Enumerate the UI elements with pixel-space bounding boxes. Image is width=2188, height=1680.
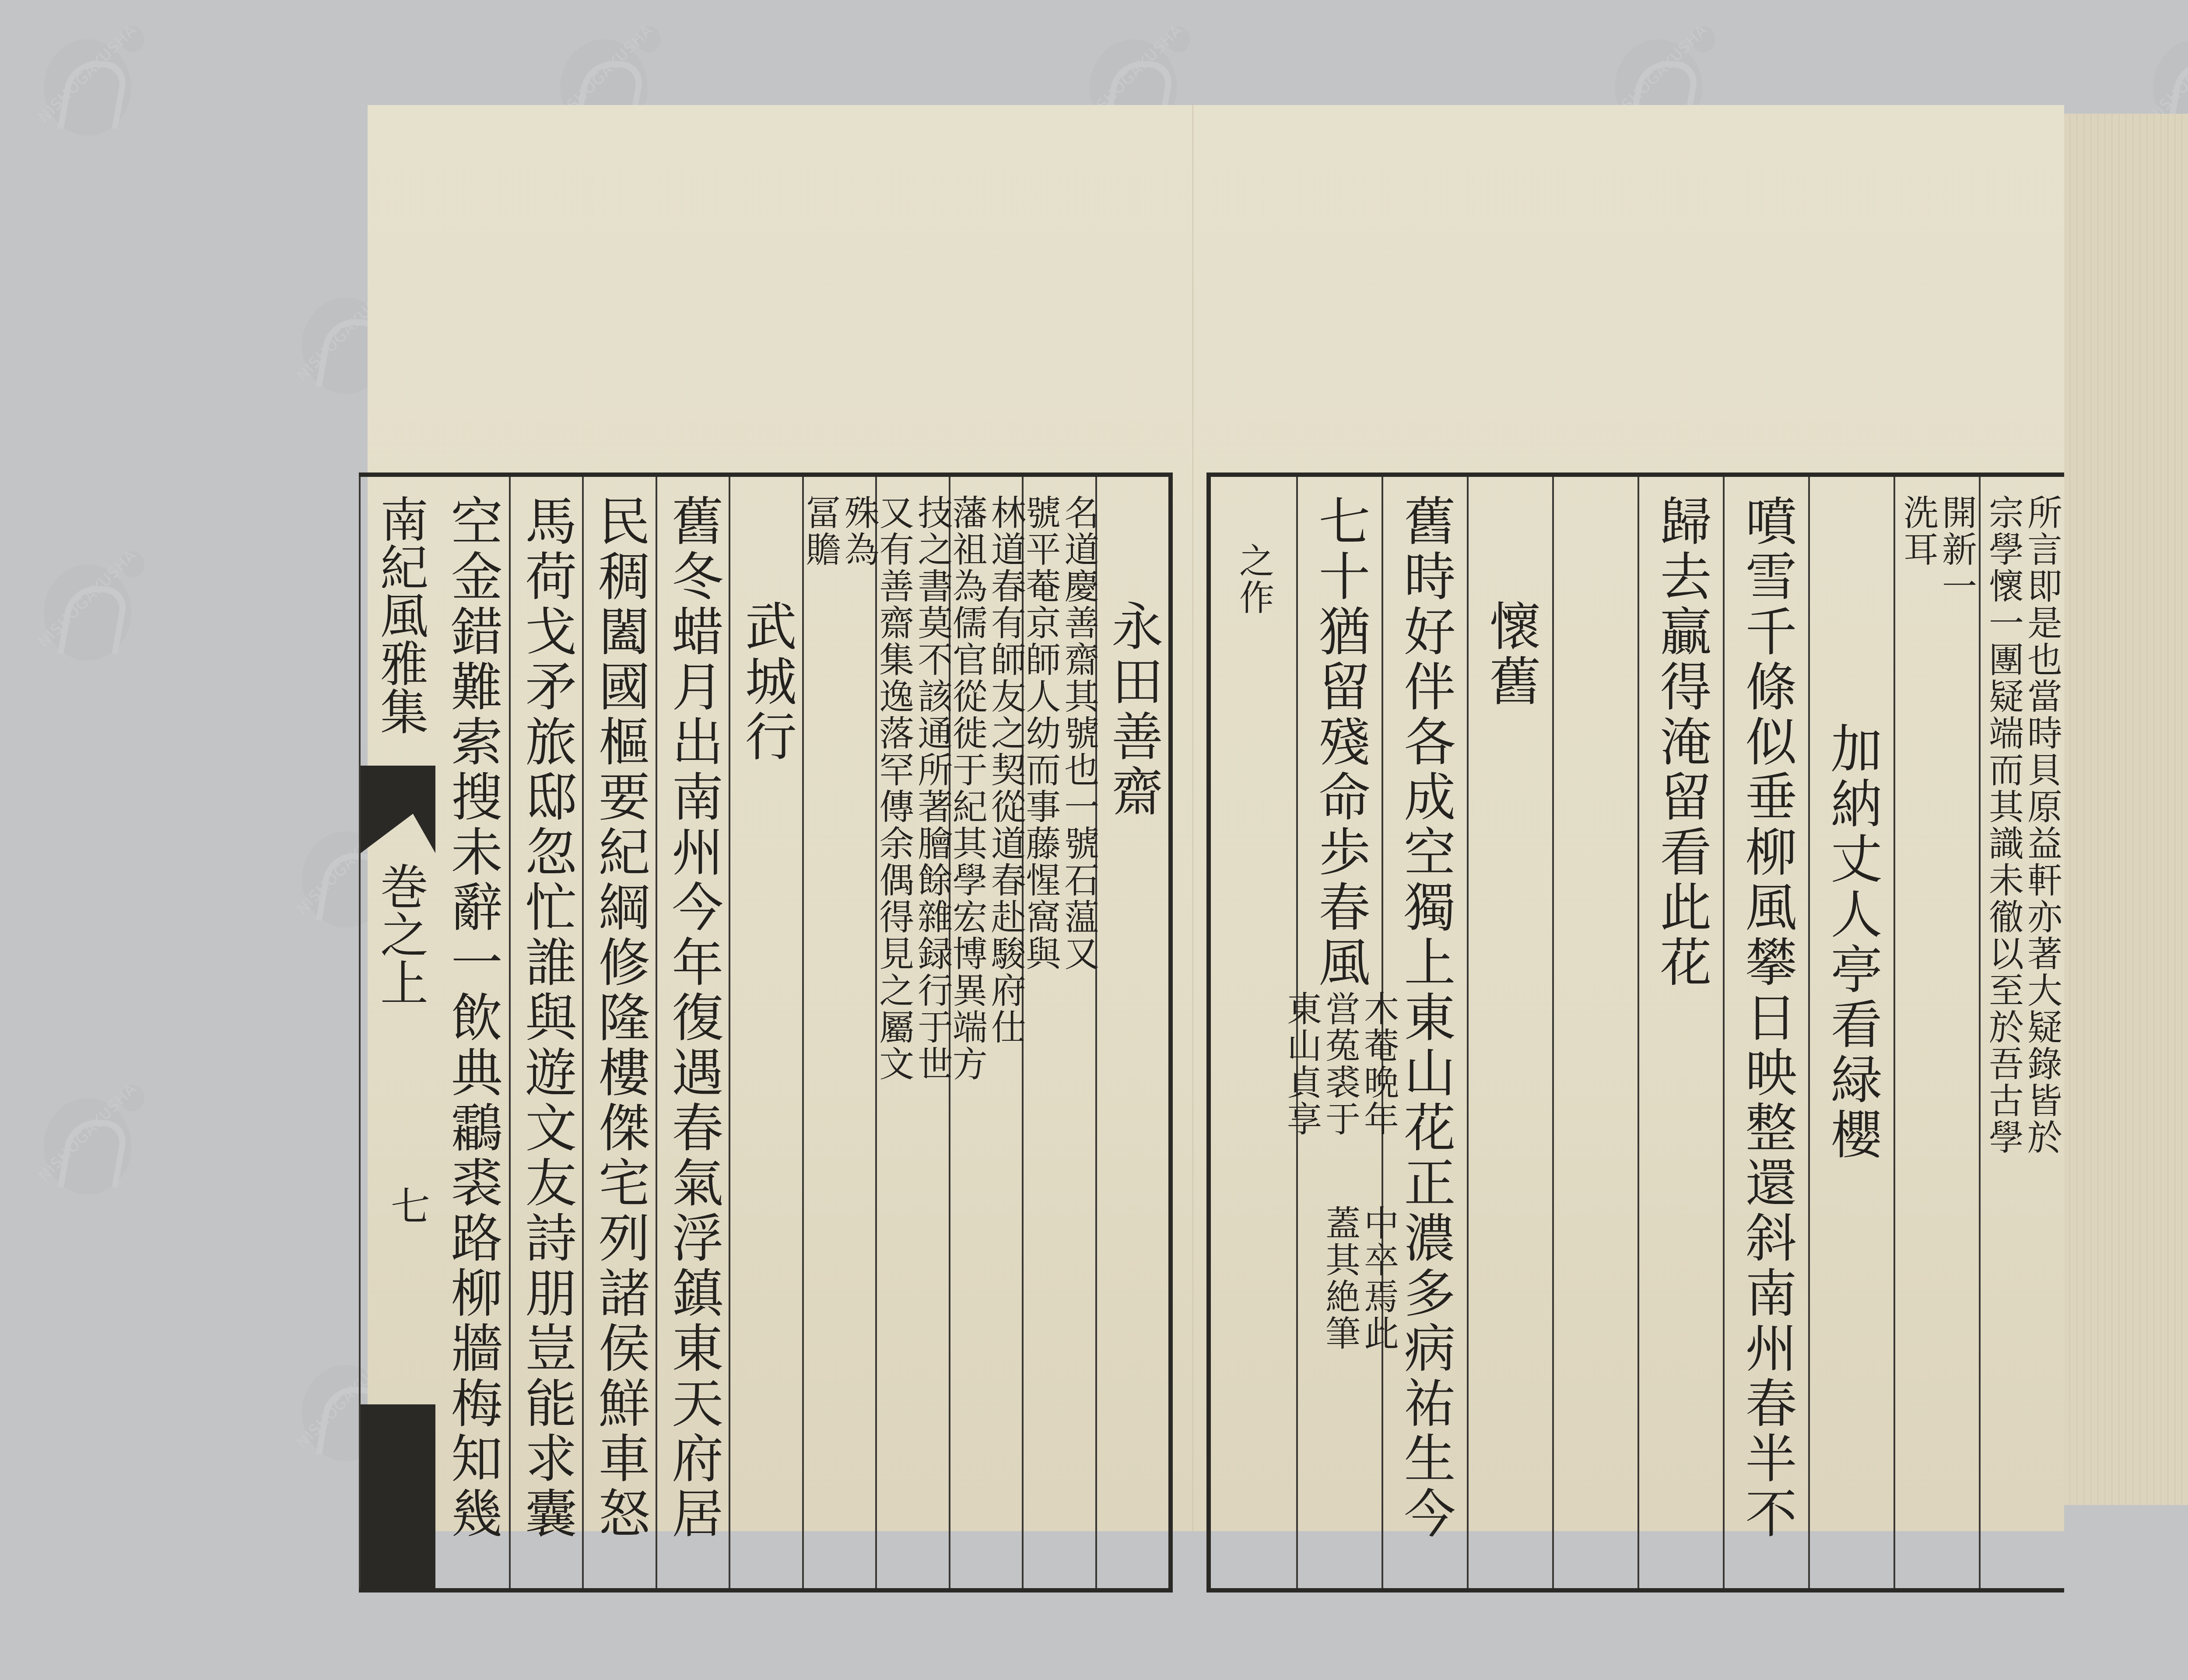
- book-title: 南紀風雅集: [366, 494, 435, 735]
- text-column: 所言即是也當時貝原益軒亦著大疑錄皆於宗學懷一團疑端而其識未徹以至於吾古學: [1979, 477, 2064, 1588]
- column-text: 殊為: [839, 477, 878, 1588]
- column-text: 加納丈人亭看緑櫻: [1823, 477, 1880, 1588]
- text-column: 噴雪千條似垂柳風攀日映整還斜南州春半不: [1723, 477, 1808, 1588]
- page-number: 七: [378, 1186, 435, 1225]
- center-margin-strip: 南紀風雅集 巻之上 七: [359, 477, 435, 1588]
- text-column: 殊為冨贍: [802, 477, 876, 1588]
- right-page-frame: 所言即是也當時貝原益軒亦著大疑錄皆於宗學懷一團疑端而其識未徹以至於吾古學開新一洗…: [1206, 472, 2064, 1592]
- column-text: 開新一: [1937, 477, 1976, 1588]
- text-column: 武城行: [729, 477, 802, 1588]
- column-text: 林道春有師友之契從道春赴駿府仕: [986, 477, 1024, 1588]
- text-column: 歸去贏得淹留看此花: [1637, 477, 1723, 1588]
- column-text: 懷舊: [1482, 477, 1539, 1588]
- column-text: 宗學懷一團疑端而其識未徹以至於吾古學: [1984, 477, 2023, 1588]
- text-column: 開新一洗耳: [1893, 477, 1979, 1588]
- volume-label: 巻之上: [366, 862, 435, 1006]
- text-column: 之作: [1211, 477, 1296, 1588]
- left-text-columns: 永田善齋名道慶善齋其號也一號石蕰又號平菴京師人幼而事藤惺窩與林道春有師友之契從道…: [435, 477, 1168, 1588]
- column-text: 歸去贏得淹留看此花: [1653, 477, 1710, 1588]
- text-column: 民稠闔國樞要紀綱修隆樓傑宅列諸侯鮮車怒: [582, 477, 656, 1588]
- column-text: 噴雪千條似垂柳風攀日映整還斜南州春半不: [1738, 477, 1795, 1588]
- column-text: 號平菴京師人幼而事藤惺窩與: [1021, 477, 1059, 1588]
- stacked-page-edges: [2063, 114, 2188, 1505]
- text-column: 懷舊: [1467, 477, 1552, 1588]
- column-text: 名道慶善齋其號也一號石蕰又: [1059, 477, 1098, 1588]
- right-text-columns: 所言即是也當時貝原益軒亦著大疑錄皆於宗學懷一團疑端而其識未徹以至於吾古學開新一洗…: [1211, 477, 2064, 1588]
- text-column: 馬荷戈矛旅邸忽忙誰與遊文友詩朋豈能求囊: [509, 477, 582, 1588]
- left-page-frame: 南紀風雅集 巻之上 七 永田善齋名道慶善齋其號也一號石蕰又號平菴京師人幼而事藤惺…: [359, 472, 1173, 1592]
- watermark-logo-icon: NISHOGAKUSHA: [26, 1072, 158, 1203]
- column-text: 民稠闔國樞要紀綱修隆樓傑宅列諸侯鮮車怒: [591, 477, 648, 1588]
- black-block-mark: [361, 1404, 435, 1588]
- column-text: 洗耳: [1899, 477, 1937, 1588]
- column-text: 又有善齋集逸落罕傳余偶得見之屬文: [874, 477, 913, 1588]
- fishtail-mark-icon: [361, 766, 435, 853]
- column-text: 舊時好伴各成空獨上東山花正濃多病祐生今: [1397, 477, 1454, 1588]
- text-column: 七十猶留殘命歩春風木菴晩年営菟裘于東山貞享中卒焉此蓋其絶筆: [1296, 477, 1382, 1588]
- text-column: 空金錯難索搜未辭一飲典鸘裘路柳牆梅知幾: [435, 477, 509, 1588]
- column-text: 藩祖為儒官從徙于紀其學宏博異端方: [947, 477, 986, 1588]
- column-text: 永田善齋: [1104, 477, 1161, 1588]
- right-page: 所言即是也當時貝原益軒亦著大疑錄皆於宗學懷一團疑端而其識未徹以至於吾古學開新一洗…: [1192, 105, 2064, 1531]
- column-text: 馬荷戈矛旅邸忽忙誰與遊文友詩朋豈能求囊: [518, 477, 575, 1588]
- watermark-logo-icon: NISHOGAKUSHA: [26, 538, 158, 669]
- text-column: 舊冬蜡月出南州今年復遇春氣浮鎮東天府居: [656, 477, 729, 1588]
- text-column: 名道慶善齋其號也一號石蕰又號平菴京師人幼而事藤惺窩與: [1022, 477, 1095, 1588]
- open-book: 南紀風雅集 巻之上 七 永田善齋名道慶善齋其號也一號石蕰又號平菴京師人幼而事藤惺…: [368, 105, 2188, 1531]
- column-text: 技之書莫不該通所著膾餘雜録行于世: [913, 477, 951, 1588]
- column-text: 所言即是也當時貝原益軒亦著大疑錄皆於: [2023, 477, 2061, 1588]
- column-text: 空金錯難索搜未辭一飲典鸘裘路柳牆梅知幾: [444, 477, 501, 1588]
- text-column: 加納丈人亭看緑櫻: [1808, 477, 1893, 1588]
- column-text: 木菴晩年営菟裘于東山貞享中卒焉此蓋其絶筆: [1282, 990, 1398, 1384]
- text-column: [1552, 477, 1637, 1588]
- text-column: 林道春有師友之契從道春赴駿府仕藩祖為儒官從徙于紀其學宏博異端方: [949, 477, 1022, 1588]
- column-text: 七十猶留殘命歩春風: [1311, 477, 1368, 990]
- watermark-logo-icon: NISHOGAKUSHA: [26, 13, 158, 144]
- column-text: 武城行: [738, 477, 795, 1588]
- left-page: 南紀風雅集 巻之上 七 永田善齋名道慶善齋其號也一號石蕰又號平菴京師人幼而事藤惺…: [368, 105, 1192, 1531]
- column-text: 冨贍: [801, 477, 839, 1588]
- column-text: 之作: [1234, 477, 1273, 1588]
- text-column: 技之書莫不該通所著膾餘雜録行于世又有善齋集逸落罕傳余偶得見之屬文: [875, 477, 949, 1588]
- column-text: 舊冬蜡月出南州今年復遇春氣浮鎮東天府居: [664, 477, 721, 1588]
- text-column: 永田善齋: [1095, 477, 1169, 1588]
